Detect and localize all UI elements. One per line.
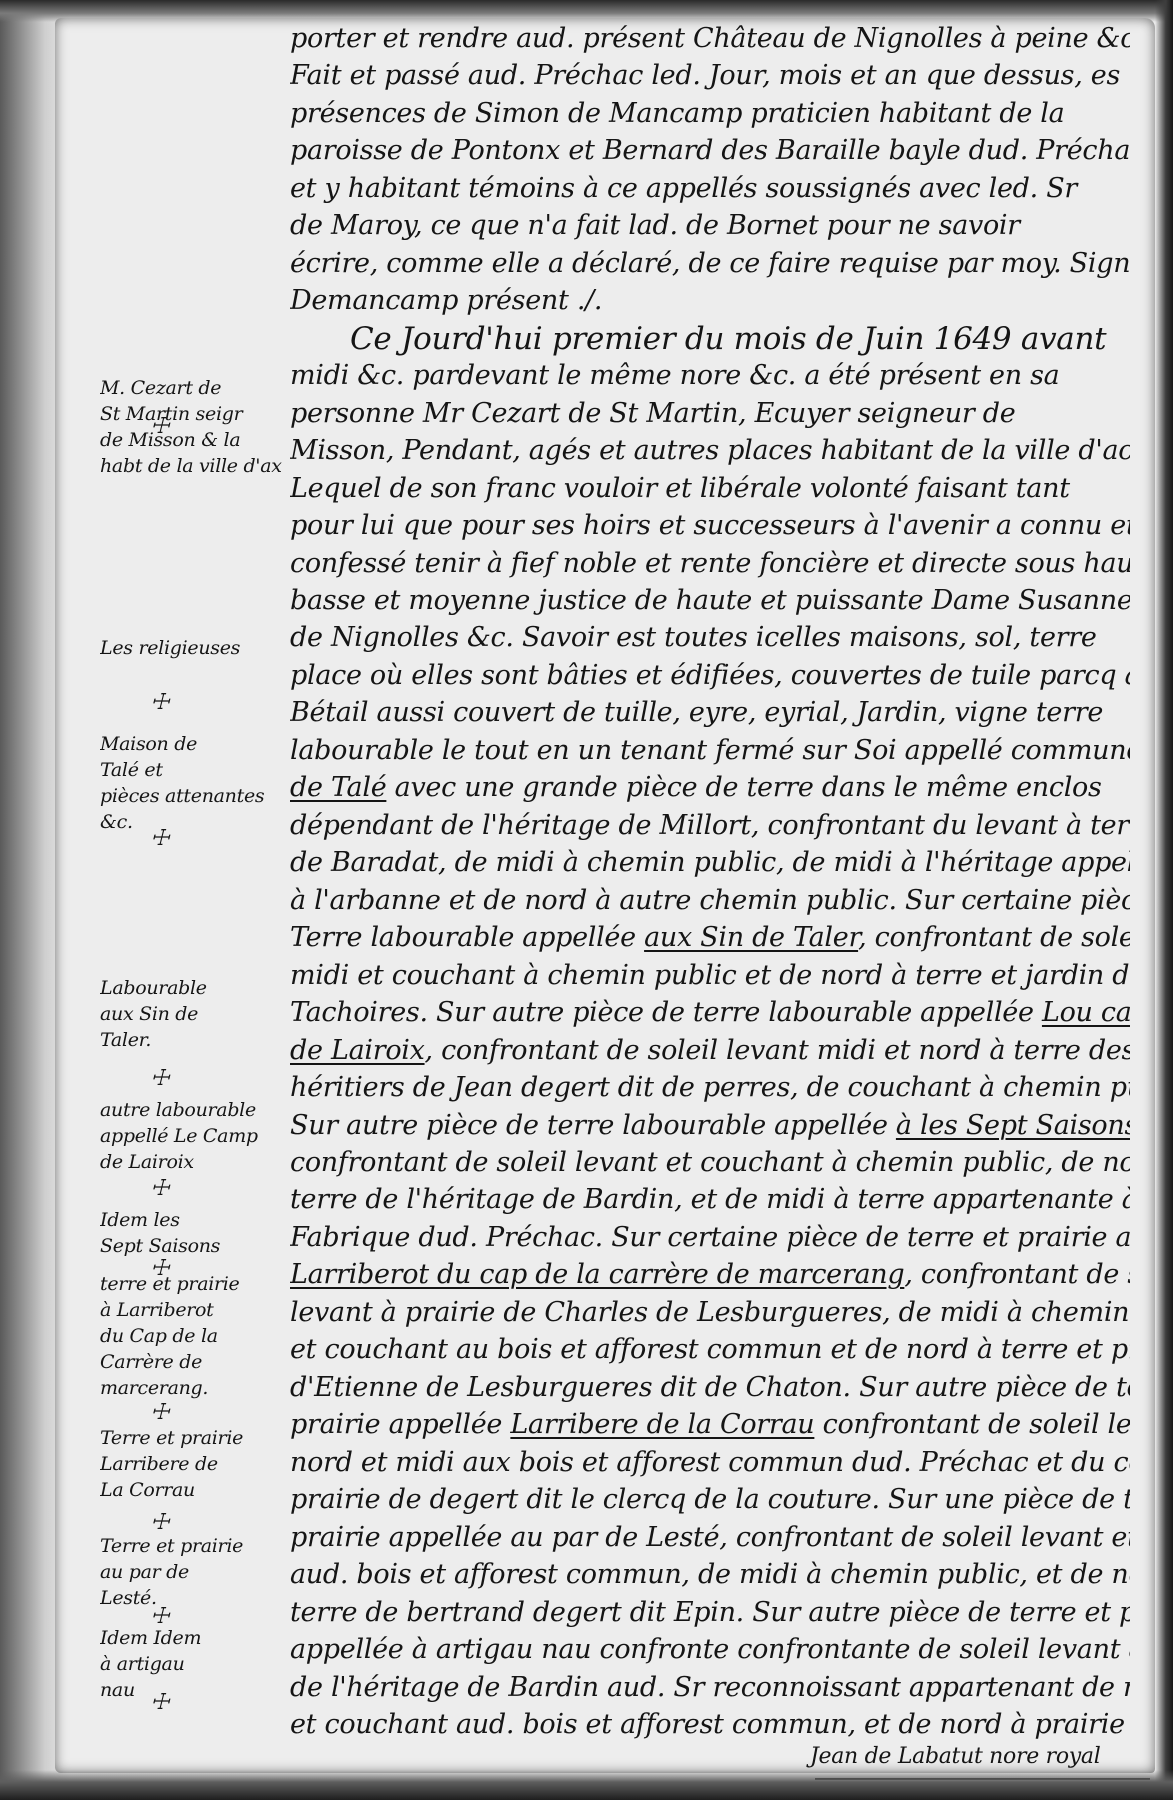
text-line: Misson, Pendant, agés et autres places h… — [290, 434, 1130, 468]
margin-note-line: Les religieuses — [100, 636, 290, 660]
text-line: labourable le tout en un tenant fermé su… — [290, 734, 1130, 768]
underlined-place-name: aux Sin de Taler — [644, 922, 858, 953]
text-line: midi et couchant à chemin public et de n… — [290, 959, 1130, 993]
margin-note-line: appellé Le Camp — [100, 1124, 290, 1148]
margin-note-line: pièces attenantes — [100, 784, 290, 808]
notary-signature: Jean de Labatut nore royal — [810, 1744, 1100, 1769]
text-line: confessé tenir à fief noble et rente fon… — [290, 547, 1130, 581]
underlined-place-name: de Lairoix — [290, 1035, 425, 1066]
text-line: nord et midi aux bois et afforest commun… — [290, 1446, 1130, 1480]
margin-note-line: Talé et — [100, 758, 290, 782]
margin-note-line: &c. — [100, 810, 290, 834]
margin-note-line: de Misson & la — [100, 428, 290, 452]
text-line: confrontant de soleil levant et couchant… — [290, 1146, 1130, 1180]
margin-note-line: Terre et prairie — [100, 1426, 290, 1450]
underlined-place-name: Larriberot du cap de la carrère de marce… — [290, 1259, 904, 1290]
text-line: midi &c. pardevant le même nore &c. a ét… — [290, 359, 1130, 393]
text-line: place où elles sont bâties et édifiées, … — [290, 659, 1130, 693]
text-line: et couchant au bois et afforest commun e… — [290, 1333, 1130, 1367]
text-line: de l'héritage de Bardin aud. Sr reconnoi… — [290, 1671, 1130, 1705]
text-line: personne Mr Cezart de St Martin, Ecuyer … — [290, 397, 1130, 431]
margin-note-line: Idem Idem — [100, 1626, 290, 1650]
margin-note-line: de Lairoix — [100, 1150, 290, 1174]
text-line: Fabrique dud. Préchac. Sur certaine pièc… — [290, 1221, 1130, 1255]
text-line: Ce Jourd'hui premier du mois de Juin 164… — [350, 322, 1173, 356]
page-bottom-edge — [0, 1770, 1173, 1800]
text-line: terre de l'héritage de Bardin, et de mid… — [290, 1183, 1130, 1217]
margin-note-line: M. Cezart de — [100, 376, 290, 400]
text-line: de Maroy, ce que n'a fait lad. de Bornet… — [290, 209, 1130, 243]
margin-note-line: autre labourable — [100, 1098, 290, 1122]
paraph-mark-icon: ☩ — [150, 826, 169, 851]
text-line: Sur autre pièce de terre labourable appe… — [290, 1109, 1130, 1143]
text-line: pour lui que pour ses hoirs et successeu… — [290, 509, 1130, 543]
margin-note-line: Idem les — [100, 1208, 290, 1232]
text-line: dépendant de l'héritage de Millort, conf… — [290, 809, 1130, 843]
margin-note-line: Labourable — [100, 976, 290, 1000]
margin-note-line: Sept Saisons — [100, 1234, 290, 1258]
text-line: Demancamp présent ./. — [290, 284, 1130, 318]
underlined-place-name: Larribere de la Corrau — [510, 1409, 814, 1440]
margin-note-line: La Corrau — [100, 1478, 290, 1502]
margin-note-line: Larribere de — [100, 1452, 290, 1476]
text-line: prairie appellée Larribere de la Corrau … — [290, 1408, 1130, 1442]
paraph-mark-icon: ☩ — [150, 1176, 169, 1201]
text-line: Larriberot du cap de la carrère de marce… — [290, 1258, 1130, 1292]
margin-note-line: nau — [100, 1678, 290, 1702]
margin-note-line: Maison de — [100, 732, 290, 756]
text-line: et couchant aud. bois et afforest commun… — [290, 1708, 1130, 1742]
paraph-mark-icon: ☩ — [150, 690, 169, 715]
text-line: levant à prairie de Charles de Lesburgue… — [290, 1296, 1130, 1330]
text-line: écrire, comme elle a déclaré, de ce fair… — [290, 247, 1130, 281]
text-line: Fait et passé aud. Préchac led. Jour, mo… — [290, 59, 1130, 93]
underlined-place-name: de Talé — [290, 772, 386, 803]
text-line: et y habitant témoins à ce appellés sous… — [290, 172, 1130, 206]
text-line: prairie de degert dit le clercq de la co… — [290, 1483, 1130, 1517]
margin-note-line: marcerang. — [100, 1376, 290, 1400]
margin-note-line: terre et prairie — [100, 1272, 290, 1296]
paraph-mark-icon: ☩ — [150, 1256, 169, 1281]
margin-note-line: habt de la ville d'ax — [100, 454, 290, 478]
text-line: de Baradat, de midi à chemin public, de … — [290, 846, 1130, 880]
text-line: prairie appellée au par de Lesté, confro… — [290, 1521, 1130, 1555]
text-line: Terre labourable appellée aux Sin de Tal… — [290, 921, 1130, 955]
paraph-mark-icon: ☩ — [150, 1400, 169, 1425]
underlined-place-name: à les Sept Saisons — [896, 1110, 1130, 1141]
paraph-mark-icon: ☩ — [150, 1690, 169, 1715]
text-line: d'Etienne de Lesburgueres dit de Chaton.… — [290, 1371, 1130, 1405]
text-line: paroisse de Pontonx et Bernard des Barai… — [290, 134, 1130, 168]
text-line: héritiers de Jean degert dit de perres, … — [290, 1071, 1130, 1105]
underlined-place-name: Lou camp — [1042, 997, 1130, 1028]
margin-note-line: au par de — [100, 1560, 290, 1584]
text-line: terre de bertrand degert dit Epin. Sur a… — [290, 1596, 1130, 1630]
text-line: aud. bois et afforest commun, de midi à … — [290, 1558, 1130, 1592]
text-line: Lequel de son franc vouloir et libérale … — [290, 472, 1130, 506]
margin-note-line: aux Sin de — [100, 1002, 290, 1026]
text-line: basse et moyenne justice de haute et pui… — [290, 584, 1130, 618]
page-right-edge — [1155, 0, 1173, 1800]
margin-note-line: St Martin seigr — [100, 402, 290, 426]
margin-note-line: Taler. — [100, 1028, 290, 1052]
paraph-mark-icon: ☩ — [150, 1510, 169, 1535]
paraph-mark-icon: ☩ — [150, 414, 169, 439]
text-line: de Lairoix, confrontant de soleil levant… — [290, 1034, 1130, 1068]
text-line: présences de Simon de Mancamp praticien … — [290, 97, 1130, 131]
margin-note-line: à artigau — [100, 1652, 290, 1676]
paraph-mark-icon: ☩ — [150, 1066, 169, 1091]
text-line: Tachoires. Sur autre pièce de terre labo… — [290, 996, 1130, 1030]
scanned-page: porter et rendre aud. présent Château de… — [0, 0, 1173, 1800]
margin-note-line: du Cap de la — [100, 1324, 290, 1348]
text-line: de Nignolles &c. Savoir est toutes icell… — [290, 621, 1130, 655]
margin-note-line: Carrère de — [100, 1350, 290, 1374]
margin-note-line: à Larriberot — [100, 1298, 290, 1322]
margin-note-line: Terre et prairie — [100, 1534, 290, 1558]
text-line: porter et rendre aud. présent Château de… — [290, 22, 1130, 56]
paraph-mark-icon: ☩ — [150, 1604, 169, 1629]
text-line: Bétail aussi couvert de tuille, eyre, ey… — [290, 696, 1130, 730]
text-line: à l'arbanne et de nord à autre chemin pu… — [290, 884, 1130, 918]
text-line: de Talé avec une grande pièce de terre d… — [290, 771, 1130, 805]
text-line: appellée à artigau nau confronte confron… — [290, 1633, 1130, 1667]
margin-note-line: Lesté. — [100, 1586, 290, 1610]
